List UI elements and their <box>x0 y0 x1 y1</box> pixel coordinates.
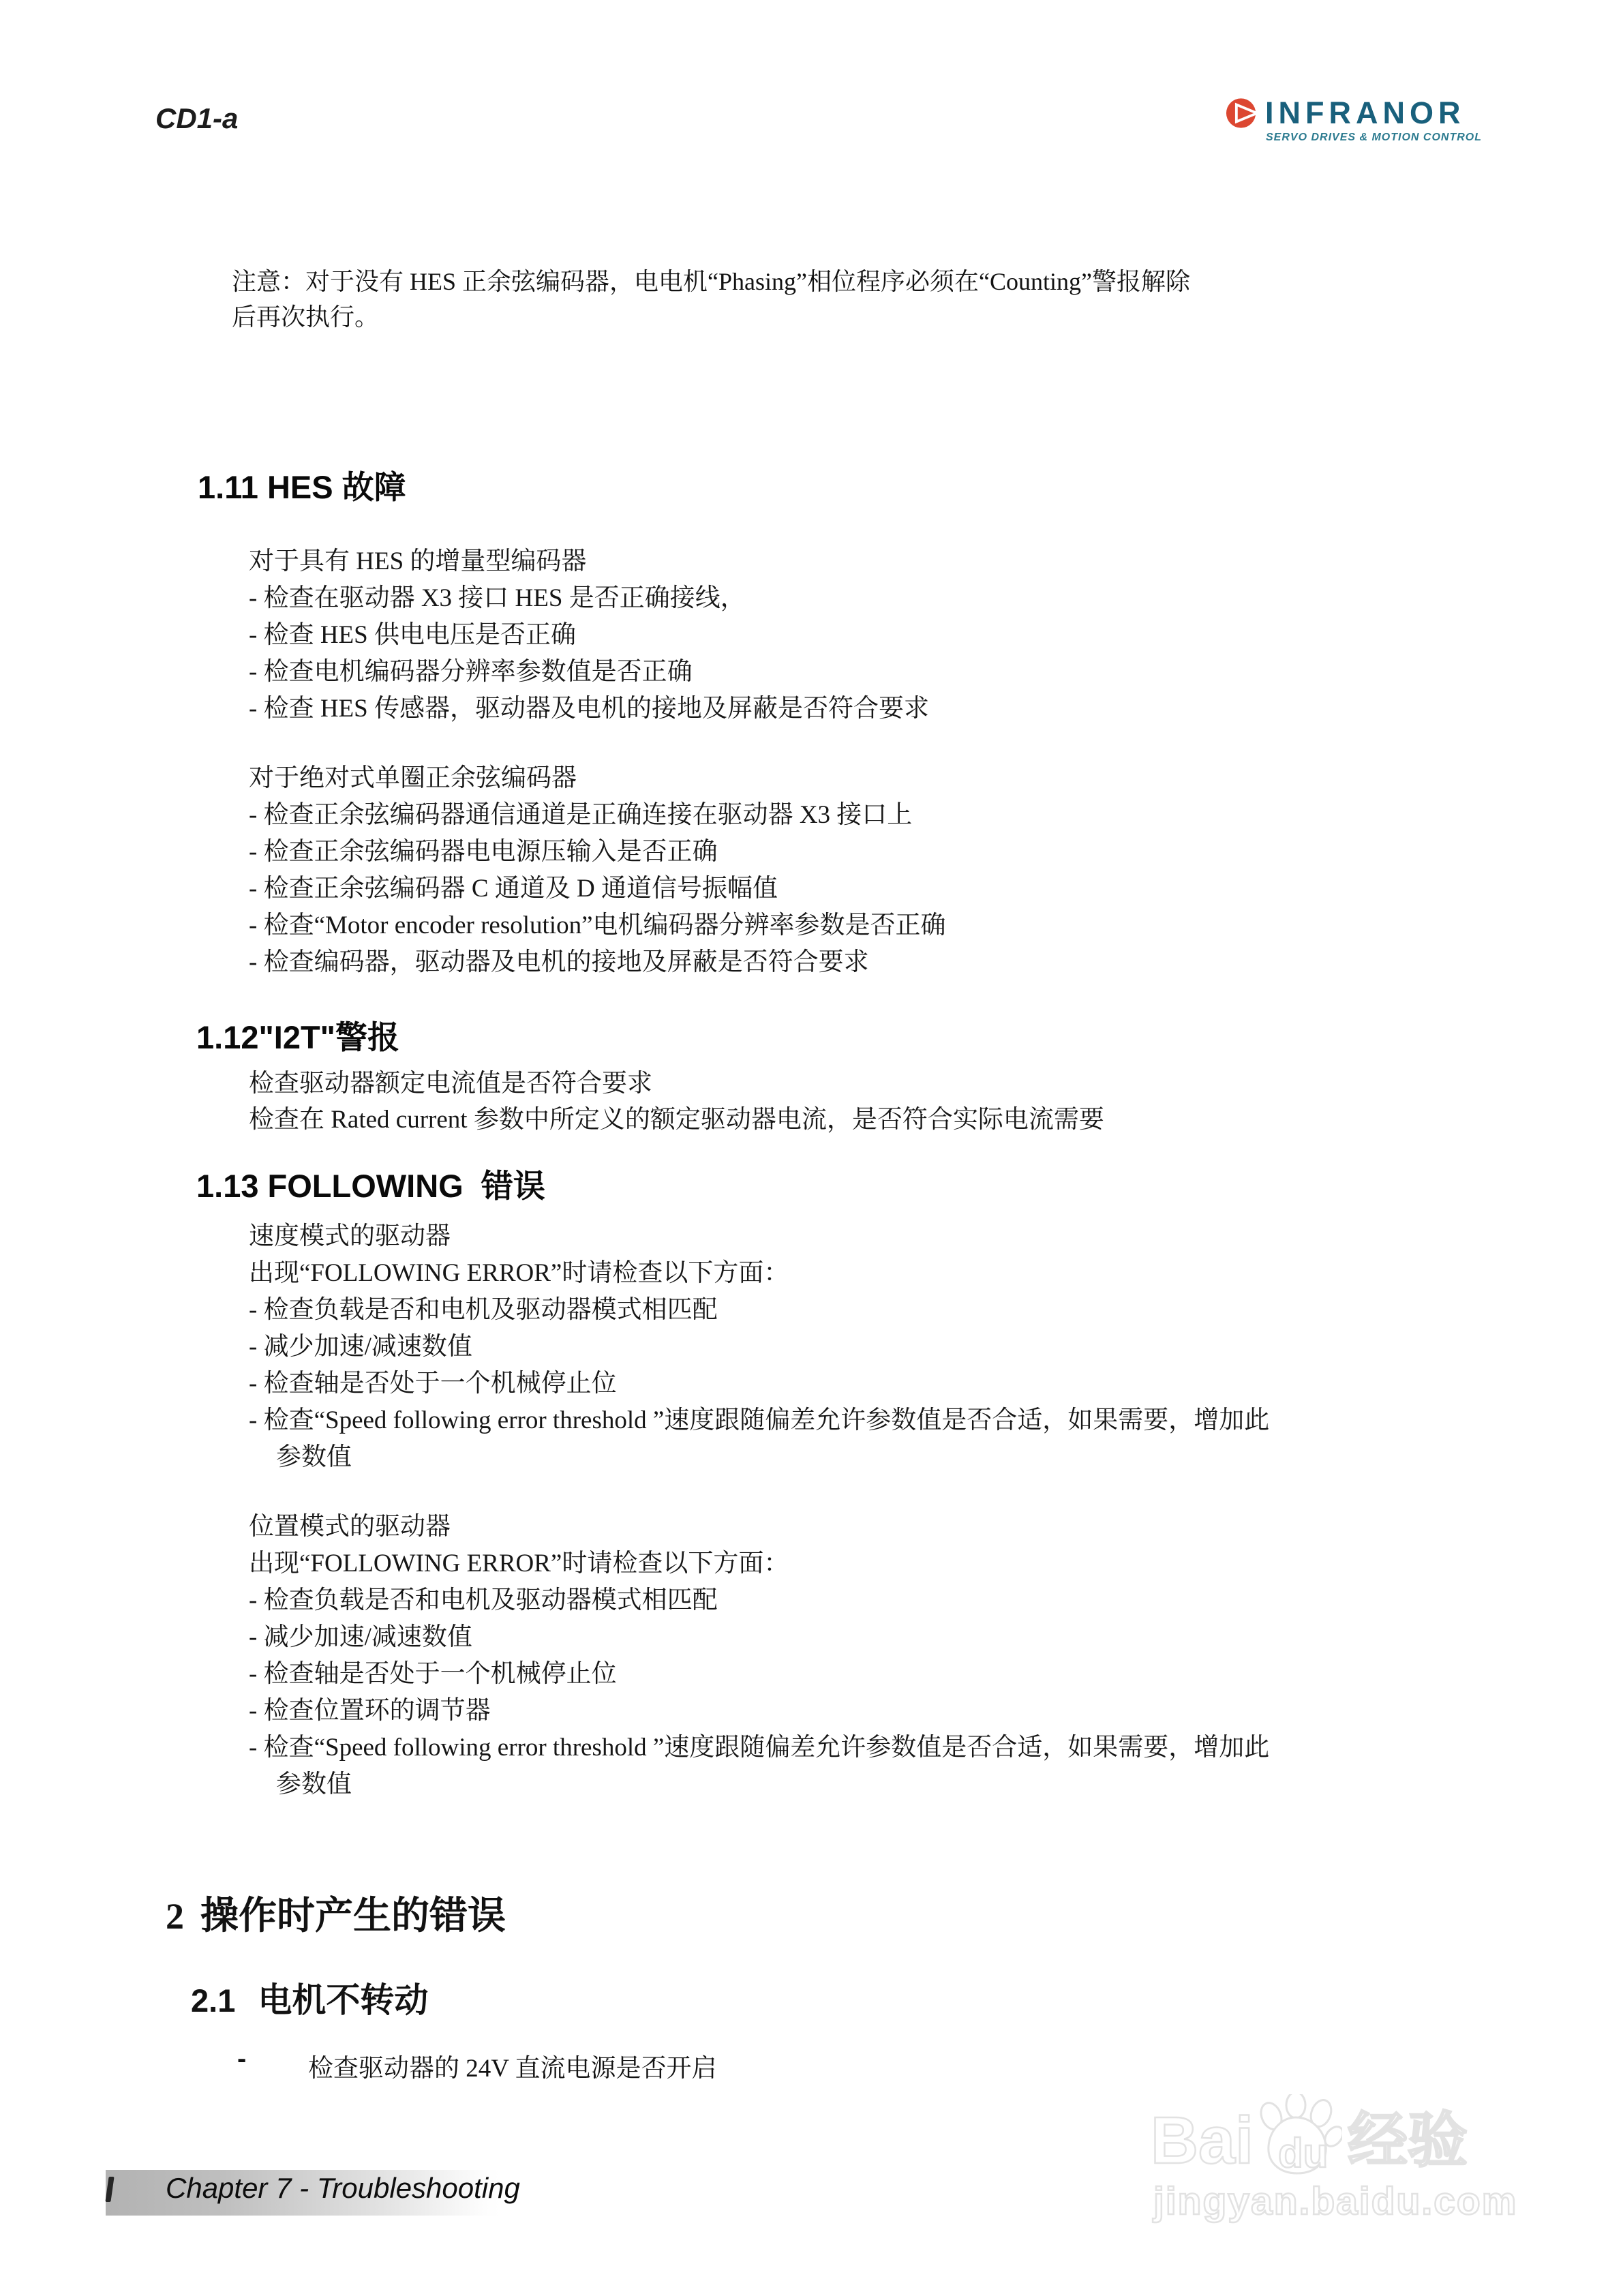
note-line: 后再次执行。 <box>232 298 379 333</box>
baidu-watermark: Bai du 经验 <box>1151 2098 1468 2175</box>
watermark-url: jingyan.baidu.com <box>1153 2179 1517 2224</box>
footer-chapter-label: Chapter 7 - Troubleshooting <box>166 2172 520 2205</box>
body-line: - 检查负载是否和电机及驱动器模式相匹配 <box>249 1579 718 1616</box>
watermark-bai-text: Bai <box>1151 2106 1254 2175</box>
section-number: 2 <box>166 1895 184 1937</box>
bullet-text: 检查驱动器的 24V 直流电源是否开启 <box>308 2047 717 2084</box>
section-heading-1-13: 1.13 FOLLOWING 错误 <box>196 1161 545 1207</box>
baidu-paw-icon: du <box>1255 2094 1342 2180</box>
doc-code: CD1-a <box>155 102 238 135</box>
body-line: - 检查在驱动器 X3 接口 HES 是否正确接线， <box>249 577 746 614</box>
note-line: 注意：对于没有 HES 正余弦编码器，电电机“Phasing”相位程序必须在“C… <box>232 262 1190 297</box>
body-line: - 检查位置环的调节器 <box>249 1689 491 1726</box>
body-line: 对于具有 HES 的增量型编码器 <box>249 540 586 577</box>
body-line: 位置模式的驱动器 <box>249 1505 451 1542</box>
bullet-dash: - <box>237 2044 246 2074</box>
watermark-jingyan-text: 经验 <box>1348 2106 1468 2175</box>
body-line: - 减少加速/减速数值 <box>249 1616 472 1652</box>
body-line: 速度模式的驱动器 <box>249 1215 451 1252</box>
logo-tagline: SERVO DRIVES & MOTION CONTROL <box>1266 132 1482 144</box>
body-line: 出现“FOLLOWING ERROR”时请检查以下方面： <box>249 1252 789 1288</box>
body-line: - 检查正余弦编码器 C 通道及 D 通道信号振幅值 <box>249 867 778 904</box>
infranor-play-icon <box>1226 97 1258 130</box>
section-title: 操作时产生的错误 <box>200 1886 506 1940</box>
body-line: - 检查电机编码器分辨率参数值是否正确 <box>249 650 693 687</box>
body-line: - 检查轴是否处于一个机械停止位 <box>249 1652 617 1689</box>
body-line: - 检查轴是否处于一个机械停止位 <box>249 1362 617 1399</box>
body-line: - 减少加速/减速数值 <box>249 1325 472 1362</box>
body-line: - 检查 HES 传感器，驱动器及电机的接地及屏蔽是否符合要求 <box>249 687 929 724</box>
body-line: - 检查正余弦编码器电电源压输入是否正确 <box>249 830 718 867</box>
body-line: - 检查正余弦编码器通信通道是正确连接在驱动器 X3 接口上 <box>249 794 912 830</box>
body-line: 对于绝对式单圈正余弦编码器 <box>249 757 577 794</box>
section-title: 电机不转动 <box>258 1973 428 2022</box>
body-line-continuation: 参数值 <box>276 1436 352 1472</box>
body-line: - 检查编码器，驱动器及电机的接地及屏蔽是否符合要求 <box>249 941 869 978</box>
body-line: 检查在 Rated current 参数中所定义的额定驱动器电流，是否符合实际电… <box>249 1098 1104 1135</box>
body-line: - 检查“Motor encoder resolution”电机编码器分辨率参数… <box>249 904 946 941</box>
logo-wordmark: INFRANOR <box>1265 95 1465 131</box>
body-line: - 检查负载是否和电机及驱动器模式相匹配 <box>249 1288 718 1325</box>
body-line: 出现“FOLLOWING ERROR”时请检查以下方面： <box>249 1542 789 1579</box>
document-page: CD1-a INFRANOR SERVO DRIVES & MOTION CON… <box>0 0 1623 2296</box>
section-number: 2.1 <box>191 1982 235 2019</box>
body-line: - 检查 HES 供电电压是否正确 <box>249 614 576 650</box>
section-heading-1-11: 1.11 HES 故障 <box>198 462 406 508</box>
section-heading-1-12: 1.12"I2T"警报 <box>196 1012 399 1058</box>
section-heading-2: 2 操作时产生的错误 <box>166 1886 506 1940</box>
infranor-logo: INFRANOR SERVO DRIVES & MOTION CONTROL <box>1226 95 1539 150</box>
section-heading-2-1: 2.1 电机不转动 <box>191 1973 428 2022</box>
body-line: - 检查“Speed following error threshold ”速度… <box>249 1726 1269 1763</box>
body-line: - 检查“Speed following error threshold ”速度… <box>249 1399 1269 1436</box>
watermark-du-text: du <box>1278 2130 1328 2177</box>
body-line: 检查驱动器额定电流值是否符合要求 <box>249 1062 652 1099</box>
body-line-continuation: 参数值 <box>276 1763 352 1800</box>
